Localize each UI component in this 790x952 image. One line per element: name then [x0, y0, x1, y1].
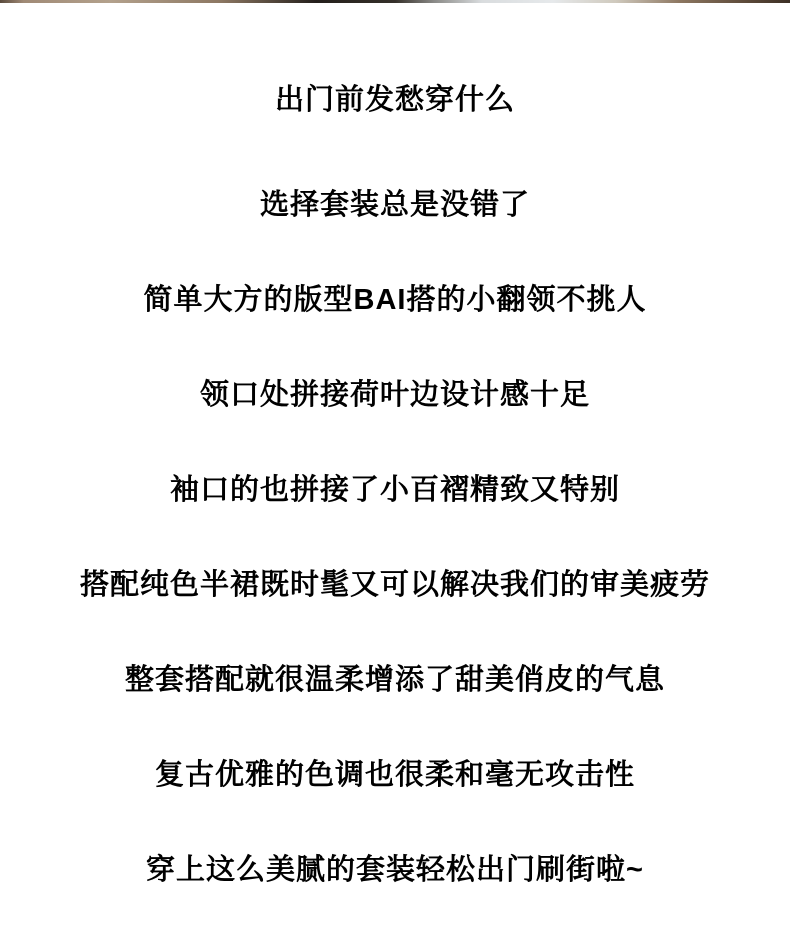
text-line-8: 复古优雅的色调也很柔和毫无攻击性 — [0, 760, 790, 790]
photo-edge-strip — [0, 0, 790, 3]
text-line-5: 袖口的也拼接了小百褶精致又特别 — [0, 475, 790, 505]
text-line-7: 整套搭配就很温柔增添了甜美俏皮的气息 — [0, 665, 790, 695]
text-line-6: 搭配纯色半裙既时髦又可以解决我们的审美疲劳 — [0, 570, 790, 600]
text-line-3: 简单大方的版型BAI搭的小翻领不挑人 — [0, 285, 790, 315]
text-line-1: 出门前发愁穿什么 — [0, 85, 790, 115]
text-line-2: 选择套装总是没错了 — [0, 190, 790, 220]
text-line-4: 领口处拼接荷叶边设计感十足 — [0, 380, 790, 410]
product-description-text-block: 出门前发愁穿什么 选择套装总是没错了 简单大方的版型BAI搭的小翻领不挑人 领口… — [0, 85, 790, 885]
text-line-9: 穿上这么美腻的套装轻松出门刷街啦~ — [0, 855, 790, 885]
